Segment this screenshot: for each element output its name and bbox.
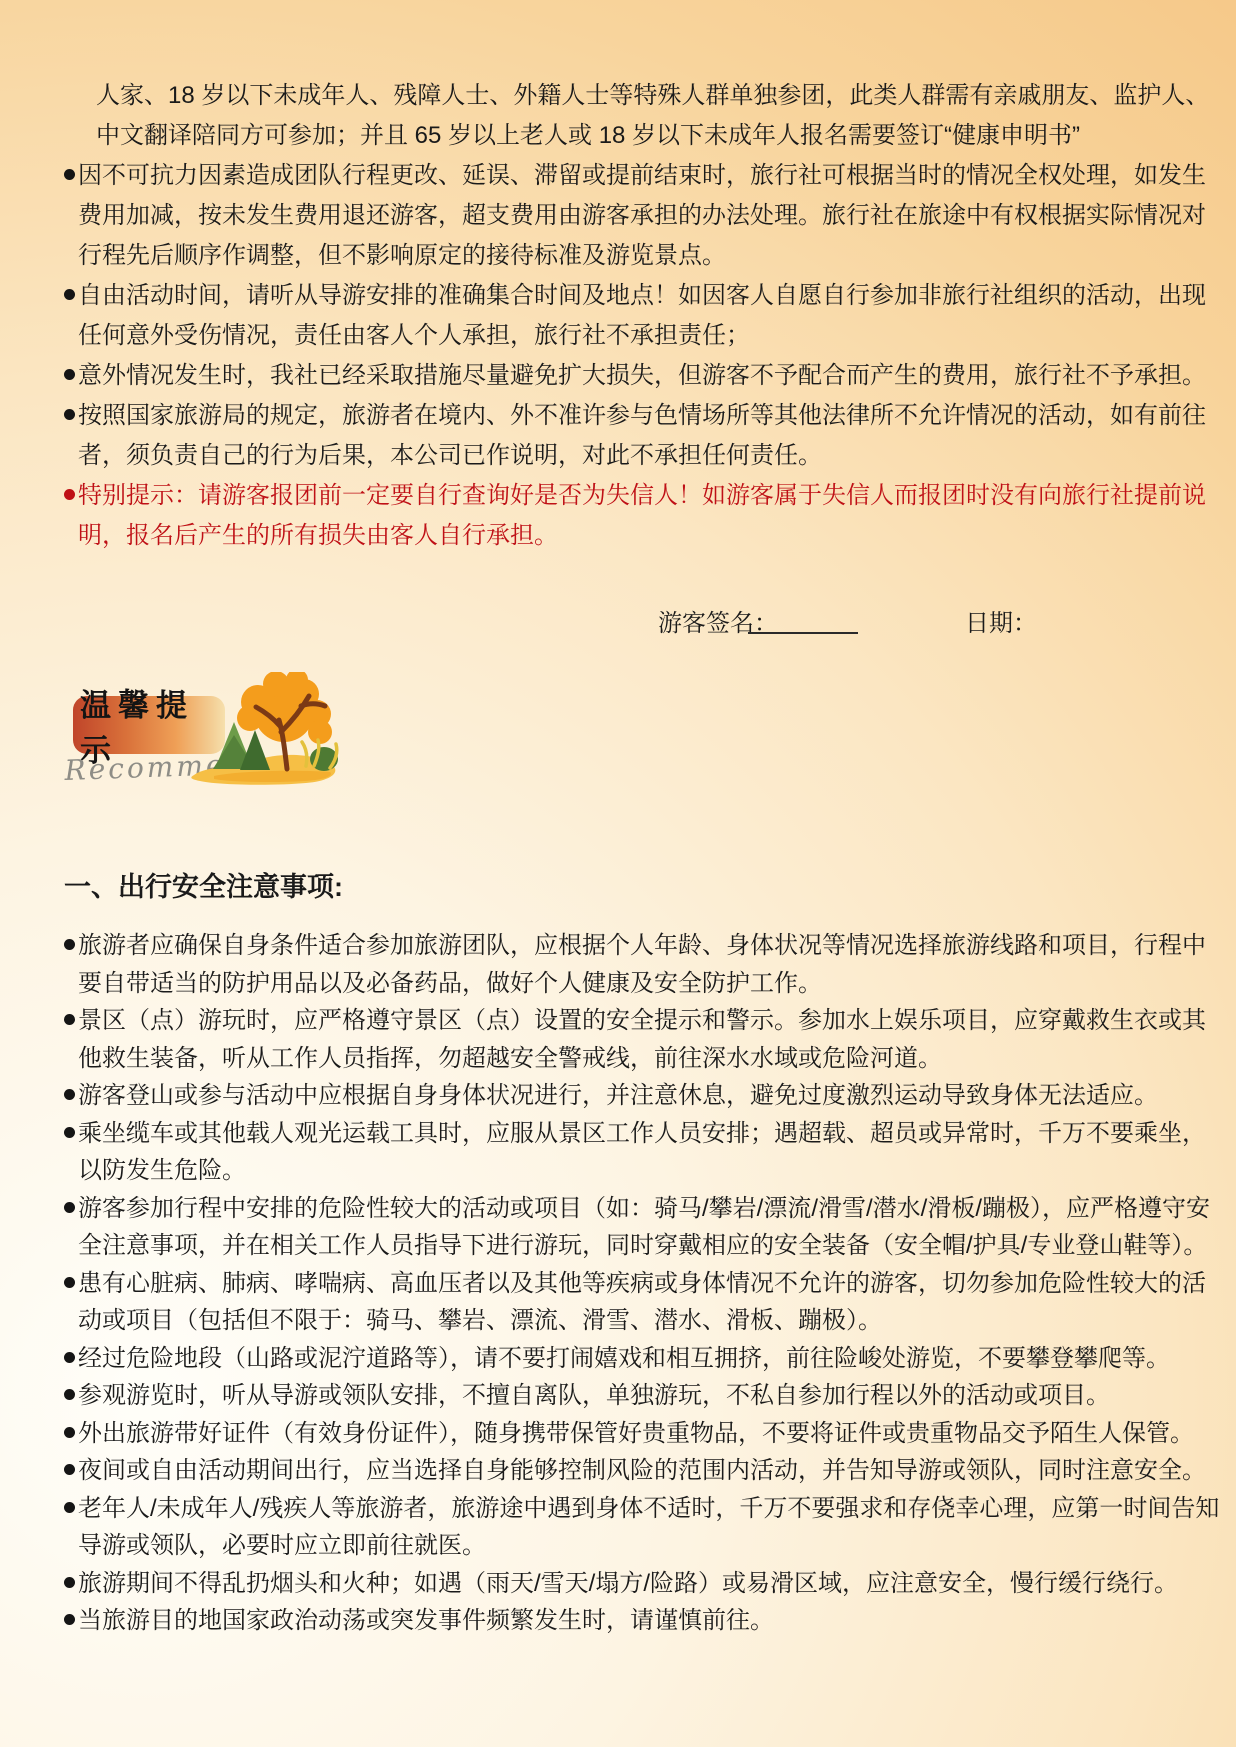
bullet-dot <box>64 1389 75 1400</box>
bullet-dot <box>64 409 75 420</box>
safety-section: 旅游者应确保自身条件适合参加旅游团队，应根据个人年龄、身体状况等情况选择旅游线路… <box>64 927 1220 1640</box>
document-content: 人家、18 岁以下未成年人、残障人士、外籍人士等特殊人群单独参团，此类人群需有亲… <box>0 0 1236 1640</box>
safety-bullet: 夜间或自由活动期间出行，应当选择自身能够控制风险的范围内活动，并告知导游或领队，… <box>64 1452 1220 1490</box>
bullet-dot <box>64 1427 75 1438</box>
safety-bullet: 当旅游目的地国家政治动荡或突发事件频繁发生时，请谨慎前往。 <box>64 1602 1220 1640</box>
bullet-dot <box>64 1464 75 1475</box>
terms-continuation: 人家、18 岁以下未成年人、残障人士、外籍人士等特殊人群单独参团，此类人群需有亲… <box>64 76 1220 156</box>
bullet-dot <box>64 1502 75 1513</box>
safety-bullet: 游客参加行程中安排的危险性较大的活动或项目（如：骑马/攀岩/漂流/滑雪/潜水/滑… <box>64 1190 1220 1265</box>
terms-bullet: 因不可抗力因素造成团队行程更改、延误、滞留或提前结束时，旅行社可根据当时的情况全… <box>64 156 1220 276</box>
signature-row: 游客签名： 日期： <box>64 604 1220 644</box>
bullet-dot <box>64 1277 75 1288</box>
bullet-dot <box>64 1089 75 1100</box>
signature-label: 游客签名： <box>658 604 778 644</box>
safety-bullet: 旅游期间不得乱扔烟头和火种；如遇（雨天/雪天/塌方/险路）或易滑区域，应注意安全… <box>64 1565 1220 1603</box>
safety-bullet: 乘坐缆车或其他载人观光运载工具时，应服从景区工作人员安排；遇超载、超员或异常时，… <box>64 1115 1220 1190</box>
date-label: 日期： <box>965 604 1037 644</box>
autumn-tree-icon <box>184 672 344 790</box>
signature-line[interactable] <box>748 632 858 634</box>
safety-bullet: 患有心脏病、肺病、哮喘病、高血压者以及其他等疾病或身体情况不允许的游客，切勿参加… <box>64 1265 1220 1340</box>
bullet-dot <box>64 1127 75 1138</box>
safety-section-heading: 一、出行安全注意事项: <box>64 872 1220 902</box>
bullet-dot <box>64 1202 75 1213</box>
terms-bullet: 按照国家旅游局的规定，旅游者在境内、外不准许参与色情场所等其他法律所不允许情况的… <box>64 396 1220 476</box>
bullet-dot <box>64 489 75 500</box>
safety-bullet: 游客登山或参与活动中应根据自身身体状况进行，并注意休息，避免过度激烈运动导致身体… <box>64 1077 1220 1115</box>
bullet-dot <box>64 1614 75 1625</box>
safety-bullet: 老年人/未成年人/残疾人等旅游者，旅游途中遇到身体不适时，千万不要强求和存侥幸心… <box>64 1490 1220 1565</box>
safety-bullet: 参观游览时，听从导游或领队安排，不擅自离队，单独游玩，不私自参加行程以外的活动或… <box>64 1377 1220 1415</box>
document-page: 人家、18 岁以下未成年人、残障人士、外籍人士等特殊人群单独参团，此类人群需有亲… <box>0 0 1236 1747</box>
terms-bullet: 意外情况发生时，我社已经采取措施尽量避免扩大损失，但游客不予配合而产生的费用，旅… <box>64 356 1220 396</box>
safety-bullet: 外出旅游带好证件（有效身份证件），随身携带保管好贵重物品，不要将证件或贵重物品交… <box>64 1415 1220 1453</box>
special-notice: 特别提示：请游客报团前一定要自行查询好是否为失信人！如游客属于失信人而报团时没有… <box>64 476 1220 556</box>
bullet-dot <box>64 169 75 180</box>
bullet-dot <box>64 1577 75 1588</box>
bullet-dot <box>64 1352 75 1363</box>
safety-bullet: 经过危险地段（山路或泥泞道路等），请不要打闹嬉戏和相互拥挤，前往险峻处游览，不要… <box>64 1340 1220 1378</box>
tips-badge-area: 温馨提示 Recommend <box>64 696 1220 810</box>
bullet-dot <box>64 289 75 300</box>
bullet-dot <box>64 939 75 950</box>
bullet-dot <box>64 369 75 380</box>
safety-bullet: 景区（点）游玩时，应严格遵守景区（点）设置的安全提示和警示。参加水上娱乐项目，应… <box>64 1002 1220 1077</box>
safety-bullet: 旅游者应确保自身条件适合参加旅游团队，应根据个人年龄、身体状况等情况选择旅游线路… <box>64 927 1220 1002</box>
terms-bullet: 自由活动时间，请听从导游安排的准确集合时间及地点！如因客人自愿自行参加非旅行社组… <box>64 276 1220 356</box>
terms-section: 人家、18 岁以下未成年人、残障人士、外籍人士等特殊人群单独参团，此类人群需有亲… <box>64 76 1220 556</box>
bullet-dot <box>64 1014 75 1025</box>
